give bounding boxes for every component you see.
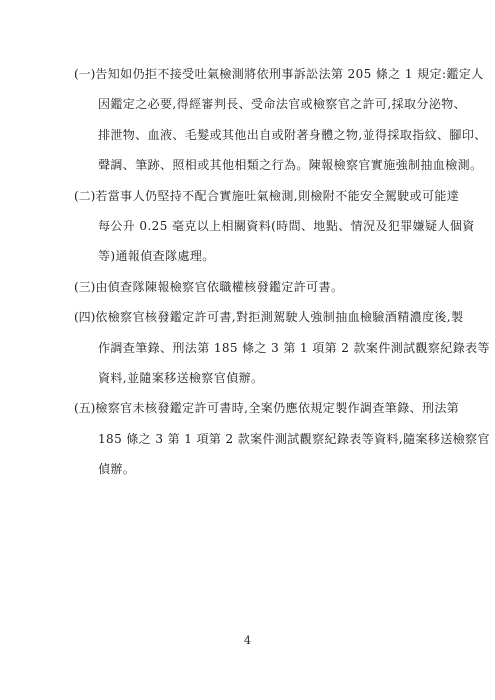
list-item-5: (五)檢察官未核發鑑定許可書時,全案仍應依規定製作調查筆錄、刑法第 185 條之… xyxy=(74,393,460,484)
list-item-4: (四)依檢察官核發鑑定許可書,對拒測駕駛人強制抽血檢驗酒精濃度後,製 作調查筆錄… xyxy=(74,302,460,393)
text-line-content: 依檢察官核發鑑定許可書,對拒測駕駛人強制抽血檢驗酒精濃度後,製 xyxy=(95,310,463,324)
text-line-content: 檢察官未核發鑑定許可書時,全案仍應依規定製作調查筆錄、刑法第 xyxy=(95,401,459,415)
text-line-content: 告知如仍拒不接受吐氣檢測將依刑事訴訟法第 205 條之 1 規定:鑑定人 xyxy=(95,67,483,81)
document-page: (一)告知如仍拒不接受吐氣檢測將依刑事訴訟法第 205 條之 1 規定:鑑定人 … xyxy=(0,0,495,700)
item-label: (五) xyxy=(74,401,95,415)
text-line: 資料,並隨案移送檢察官偵辦。 xyxy=(74,363,460,393)
text-line: 因鑑定之必要,得經審判長、受命法官或檢察官之許可,採取分泌物、 xyxy=(74,89,460,119)
text-line: (三)由偵查隊陳報檢察官依職權核發鑑定許可書。 xyxy=(74,272,460,302)
text-line: 偵辦。 xyxy=(74,454,460,484)
text-line: 排泄物、血液、毛髮或其他出自或附著身體之物,並得採取指紋、腳印、 xyxy=(74,120,460,150)
page-number: 4 xyxy=(0,634,495,647)
text-line: (一)告知如仍拒不接受吐氣檢測將依刑事訴訟法第 205 條之 1 規定:鑑定人 xyxy=(74,59,460,89)
text-line: (二)若當事人仍堅持不配合實施吐氣檢測,則檢附不能安全駕駛或可能達 xyxy=(74,181,460,211)
item-label: (一) xyxy=(74,67,95,81)
text-line: 每公升 0.25 毫克以上相關資料(時間、地點、情況及犯罪嫌疑人個資 xyxy=(74,211,460,241)
text-line: (四)依檢察官核發鑑定許可書,對拒測駕駛人強制抽血檢驗酒精濃度後,製 xyxy=(74,302,460,332)
document-body: (一)告知如仍拒不接受吐氣檢測將依刑事訴訟法第 205 條之 1 規定:鑑定人 … xyxy=(74,59,460,484)
text-line-content: 若當事人仍堅持不配合實施吐氣檢測,則檢附不能安全駕駛或可能達 xyxy=(95,189,459,203)
item-label: (三) xyxy=(74,280,95,294)
item-label: (二) xyxy=(74,189,95,203)
text-line: 185 條之 3 第 1 項第 2 款案件測試觀察紀錄表等資料,隨案移送檢察官 xyxy=(74,424,460,454)
text-line-content: 由偵查隊陳報檢察官依職權核發鑑定許可書。 xyxy=(95,280,343,294)
text-line: (五)檢察官未核發鑑定許可書時,全案仍應依規定製作調查筆錄、刑法第 xyxy=(74,393,460,423)
text-line: 聲調、筆跡、照相或其他相類之行為。陳報檢察官實施強制抽血檢測。 xyxy=(74,150,460,180)
item-label: (四) xyxy=(74,310,95,324)
list-item-1: (一)告知如仍拒不接受吐氣檢測將依刑事訴訟法第 205 條之 1 規定:鑑定人 … xyxy=(74,59,460,181)
text-line: 作調查筆錄、刑法第 185 條之 3 第 1 項第 2 款案件測試觀察紀錄表等 xyxy=(74,333,460,363)
text-line: 等)通報偵查隊處理。 xyxy=(74,241,460,271)
list-item-2: (二)若當事人仍堅持不配合實施吐氣檢測,則檢附不能安全駕駛或可能達 每公升 0.… xyxy=(74,181,460,272)
list-item-3: (三)由偵查隊陳報檢察官依職權核發鑑定許可書。 xyxy=(74,272,460,302)
